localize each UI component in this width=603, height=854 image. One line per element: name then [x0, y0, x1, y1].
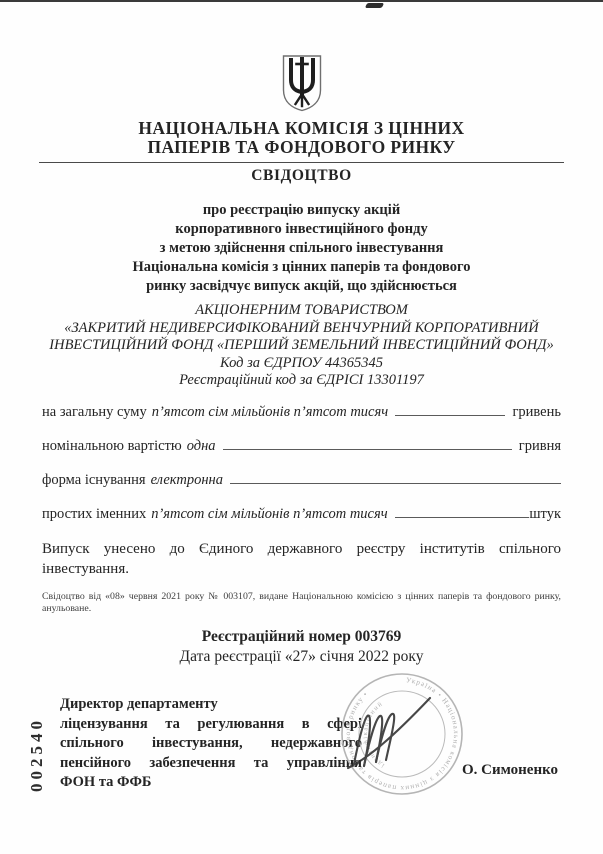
form-row: номінальною вартістю одна гривня: [42, 437, 561, 456]
ukraine-coat-of-arms-icon: [281, 54, 323, 112]
form-underline: [230, 483, 561, 484]
form-value: п’ятсот сім мільйонів п’ятсот тисяч: [151, 505, 387, 524]
issuer-line: Код за ЄДРПОУ 44365345: [0, 355, 603, 373]
registration-date: Дата реєстрації «27» січня 2022 року: [0, 648, 603, 666]
form-value: п’ятсот сім мільйонів п’ятсот тисяч: [152, 403, 388, 422]
issuer-line: «ЗАКРИТИЙ НЕДИВЕРСИФІКОВАНИЙ ВЕНЧУРНИЙ К…: [0, 320, 603, 338]
org-name-line: НАЦІОНАЛЬНА КОМІСІЯ З ЦІННИХ: [0, 119, 603, 138]
official-stamp: Україна • Національна комісія з цінних п…: [334, 662, 470, 806]
intro-paragraph: про реєстрацію випуску акцій корпоративн…: [0, 201, 603, 296]
header-divider: [39, 162, 564, 163]
registry-note-line: Випуск унесено до Єдиного державного реє…: [42, 539, 561, 559]
fine-print: Свідоцтво від «08» червня 2021 року № 00…: [42, 591, 561, 615]
org-name-line: ПАПЕРІВ ТА ФОНДОВОГО РИНКУ: [0, 138, 603, 157]
signatory-title-line: пенсійного забезпечення та управління: [60, 754, 362, 774]
form-underline: [395, 415, 505, 416]
form-underline: [223, 449, 512, 450]
form-row: простих іменних п’ятсот сім мільйонів п’…: [42, 505, 561, 524]
scan-artifact-blob: [365, 3, 384, 8]
signatory-title: Директор департаменту ліцензування та ре…: [60, 695, 362, 793]
registration-number: Реєстраційний номер 003769: [0, 628, 603, 646]
issuer-line: ІНВЕСТИЦІЙНИЙ ФОНД «ПЕРШИЙ ЗЕМЕЛЬНИЙ ІНВ…: [0, 337, 603, 355]
fine-print-line: Свідоцтво від «08» червня 2021 року № 00…: [42, 591, 561, 603]
intro-line: Національна комісія з цінних паперів та …: [0, 258, 603, 277]
org-name: НАЦІОНАЛЬНА КОМІСІЯ З ЦІННИХ ПАПЕРІВ ТА …: [0, 119, 603, 157]
issuer-line: АКЦІОНЕРНИМ ТОВАРИСТВОМ: [0, 302, 603, 320]
form-label: простих іменних: [42, 505, 146, 524]
form-underline: [395, 517, 530, 518]
form-label: номінальною вартістю: [42, 437, 182, 456]
issuer-line: Реєстраційний код за ЄДРІСІ 13301197: [0, 372, 603, 390]
registry-note-line: інвестування.: [42, 559, 561, 579]
form-label: форма існування: [42, 471, 146, 490]
certificate-page: НАЦІОНАЛЬНА КОМІСІЯ З ЦІННИХ ПАПЕРІВ ТА …: [0, 0, 603, 854]
signatory-title-line: ліцензування та регулювання в сфері: [60, 715, 362, 735]
form-suffix: гривня: [519, 437, 561, 456]
intro-line: з метою здійснення спільного інвестуванн…: [0, 239, 603, 258]
issuer-block: АКЦІОНЕРНИМ ТОВАРИСТВОМ «ЗАКРИТИЙ НЕДИВЕ…: [0, 302, 603, 390]
form-suffix: гривень: [512, 403, 561, 422]
form-value: електронна: [151, 471, 223, 490]
form-suffix: штук: [529, 505, 561, 524]
intro-line: ринку засвідчує випуск акцій, що здійсню…: [0, 277, 603, 296]
scan-artifact-line: [0, 0, 603, 2]
form-row: на загальну суму п’ятсот сім мільйонів п…: [42, 403, 561, 422]
doc-title: СВІДОЦТВО: [0, 167, 603, 185]
signatory-title-line: спільного інвестування, недержавного: [60, 734, 362, 754]
intro-line: про реєстрацію випуску акцій: [0, 201, 603, 220]
signatory-title-line: ФОН та ФФБ: [60, 773, 362, 793]
form-value: одна: [187, 437, 216, 456]
signature: [348, 698, 430, 768]
registry-note: Випуск унесено до Єдиного державного реє…: [42, 539, 561, 579]
intro-line: корпоративного інвестиційного фонду: [0, 220, 603, 239]
stamp-graphic: Україна • Національна комісія з цінних п…: [334, 662, 470, 806]
signatory-title-line: Директор департаменту: [60, 695, 362, 715]
blank-form-number: 002540: [27, 717, 47, 792]
form-rows: на загальну суму п’ятсот сім мільйонів п…: [42, 403, 561, 524]
fine-print-line: анульоване.: [42, 603, 561, 615]
form-label: на загальну суму: [42, 403, 147, 422]
form-row: форма існування електронна: [42, 471, 561, 490]
signatory-name: О. Симоненко: [462, 762, 558, 779]
